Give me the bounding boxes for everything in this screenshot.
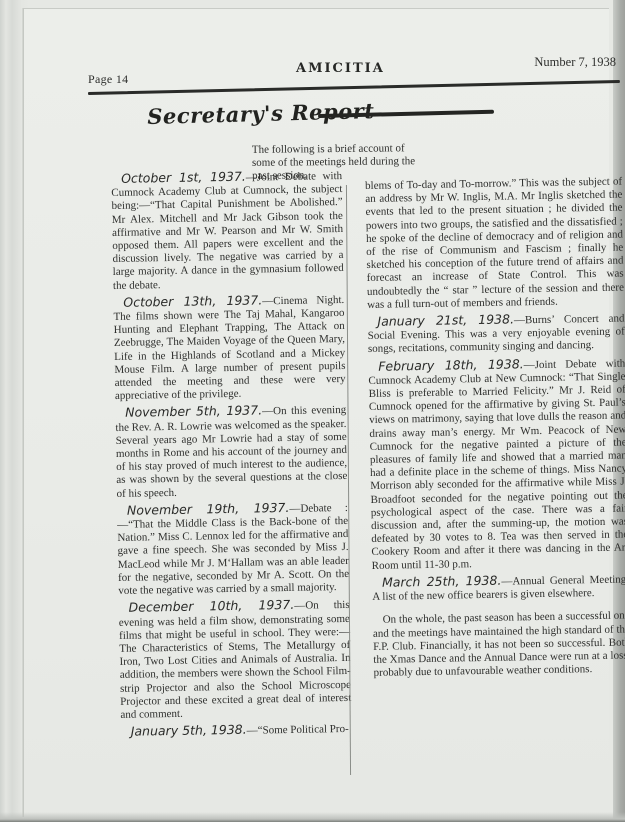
entry: October 1st, 1937.—Joint Debate with Cum… [111,168,344,293]
entry: March 25th, 1938.—Annual General Meeting… [372,571,625,604]
issue-number: Number 7, 1938 [534,55,616,70]
entry: December 10th, 1937.—On this evening was… [118,597,351,722]
entry: January 5th, 1938.—“Some Political Pro- [121,721,352,740]
entry-text: —Cinema Night. The films shown were The … [113,294,345,402]
entry-text: —Joint Debate with Cumnock Academy Club … [368,357,625,572]
entry-date: October 1st, 1937. [121,169,246,186]
page-number: Page 14 [88,72,128,87]
entry-date: January 21st, 1938. [377,311,514,328]
entry: January 21st, 1938.—Burns’ Concert and S… [367,311,625,357]
entry-date: January 5th, 1938. [131,722,247,739]
masthead: AMICITIA [296,61,385,76]
entry: October 13th, 1937.—Cinema Night. The fi… [113,292,346,404]
entry-text: —Joint Debate with Cumnock Academy Club … [111,170,344,292]
entry-date: November 19th, 1937. [127,500,290,518]
entry-text: —On this evening was held a film show, d… [119,599,352,721]
entry-date: March 25th, 1938. [382,573,502,590]
left-column: October 1st, 1937.—Joint Debate with Cum… [111,168,352,743]
entry: November 19th, 1937.—Debate :—“That the … [117,500,350,598]
page-bottom-edge [0,812,625,822]
entry-date: November 5th, 1937. [125,403,262,420]
entry: November 5th, 1937.—On this evening the … [115,402,348,500]
entry-continuation: blems of To-day and To-morrow.” This was… [365,176,624,312]
right-column: blems of To-day and To-morrow.” This was… [365,176,625,684]
entry-date: December 10th, 1937. [128,597,294,615]
entry-date: October 13th, 1937. [123,292,262,309]
entry-text: —“Some Political Pro- [247,723,349,737]
closing-paragraph: On the whole, the past season has been a… [373,610,625,680]
entry: February 18th, 1938.—Joint Debate with C… [368,355,625,573]
entry-date: February 18th, 1938. [378,356,524,374]
